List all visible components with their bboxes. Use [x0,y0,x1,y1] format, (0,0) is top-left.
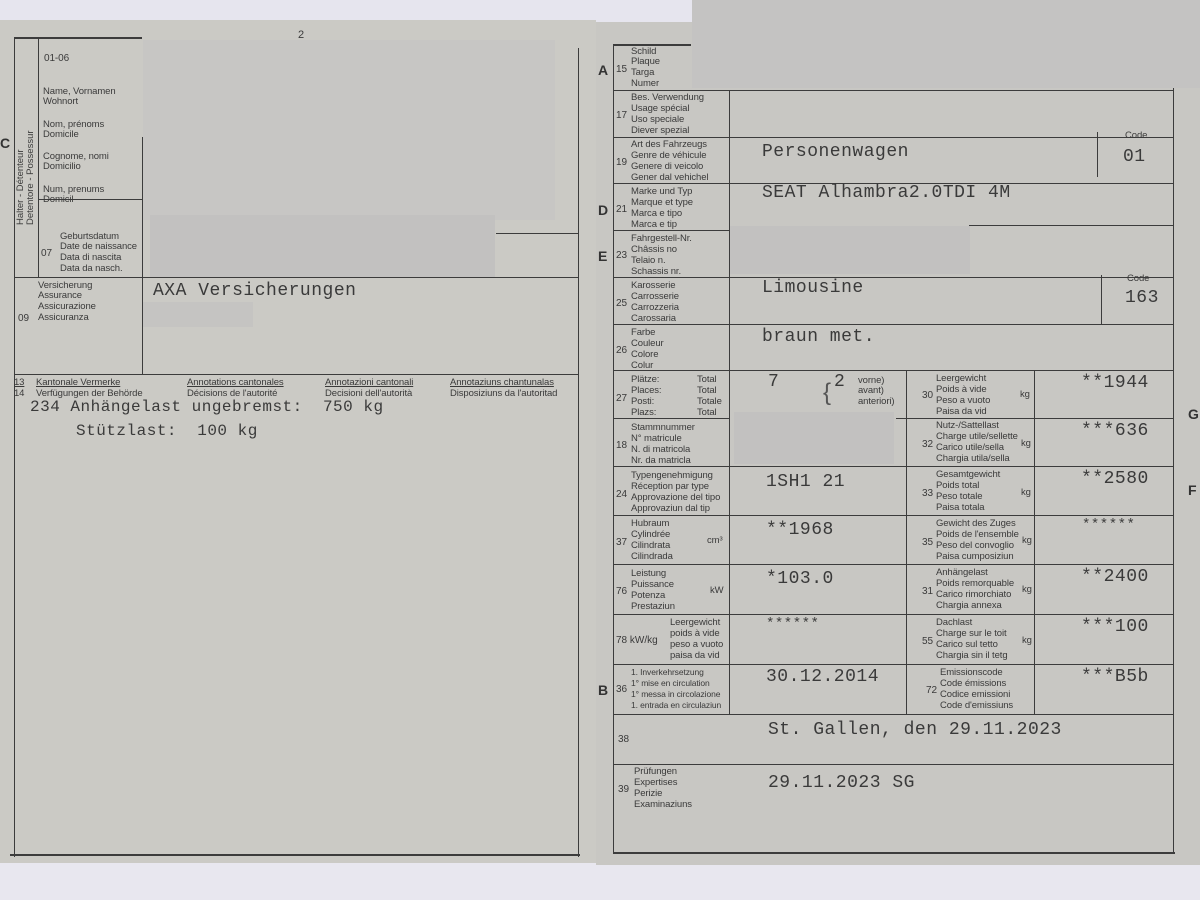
field-label: Dachlast [936,618,972,629]
field-label: Chargia utila/sella [936,454,1010,465]
vehicle-type-code: 01 [1123,147,1146,167]
gross-weight-value: **2580 [1081,469,1149,489]
field-label: Wohnort [43,97,78,108]
field-label: Fahrgestell-Nr. [631,234,692,245]
frame-line [613,370,1173,371]
field-label: Farbe [631,328,655,339]
field-label: Targa [631,68,654,79]
power-weight-value: ****** [766,616,819,632]
frame-line [578,48,579,857]
body-type-code: 163 [1125,288,1159,308]
field-33-number: 33 [922,488,933,499]
field-label: Paisa totala [936,503,984,514]
field-label: Gesamtgewicht [936,470,1000,481]
section-letter-c: C [0,135,10,151]
field-label: Carossaria [631,314,676,325]
field-label: Cilindrata [631,541,670,552]
field-label: Perizie [634,789,662,800]
field-21-number: 21 [616,204,627,215]
field-label: Peso del convoglio [936,541,1014,552]
frame-line [613,664,1173,665]
right-page: A 15 Schild Plaque Targa Numer 17 Bes. V… [596,22,1200,865]
field-label: Typengenehmigung [631,471,713,482]
field-label: Marke und Typ [631,187,692,198]
section-letter-a: A [598,62,608,78]
field-label: Schassis nr. [631,267,681,278]
annotation-line: Stützlast: 100 kg [76,422,258,440]
field-37-number: 37 [616,537,627,548]
first-registration-value: 30.12.2014 [766,667,879,687]
field-label: N. di matricola [631,445,690,456]
unit-label: kg [1022,585,1032,596]
field-label: 1. Inverkehrsetzung [631,667,704,678]
payload-value: ***636 [1081,421,1149,441]
frame-line [14,374,578,375]
field-35-number: 35 [922,537,933,548]
field-label: Poids remorquable [936,579,1014,590]
field-label: paisa da vid [670,651,720,662]
frame-line [613,852,1175,854]
field-label: Colore [631,350,658,361]
frame-line [613,764,1173,765]
field-14-number: 14 [14,389,24,400]
field-15-number: 15 [616,64,627,75]
code-label: Code [1127,274,1149,285]
field-label: Code émissions [940,679,1006,690]
field-label: N° matricule [631,434,682,445]
field-label: Charge utile/sellette [936,432,1018,443]
field-label: Chargia sin il tetg [936,651,1008,662]
frame-line [896,418,1173,419]
field-label: Plaque [631,57,660,68]
field-label: Carrozzeria [631,303,679,314]
annotation-line: 234 Anhängelast ungebremst: 750 kg [30,398,384,416]
field-label: Expertises [634,778,677,789]
displacement-value: **1968 [766,520,834,540]
field-label: Carico rimorchiato [936,590,1011,601]
field-label: Prestaziun [631,602,675,613]
field-19-number: 19 [616,157,627,168]
unit-label: kg [1020,390,1030,401]
field-13-header: Kantonale Vermerke [36,378,120,389]
issue-place-date-value: St. Gallen, den 29.11.2023 [768,720,1062,740]
field-label: Domicil [43,195,73,206]
field-label: Poids à vide [936,385,987,396]
field-label-total: Total [697,408,717,419]
field-32-number: 32 [922,439,933,450]
frame-line [613,515,1173,516]
field-label: Paisa cumposiziun [936,552,1014,563]
redacted-chassis-number [730,226,970,274]
make-model-value: SEAT Alhambra2.0TDI 4M [762,183,1011,203]
field-label: Plätze: [631,375,659,386]
field-label: Data da nasch. [60,264,123,275]
field-31-number: 31 [922,586,933,597]
side-letter-f: F [1188,482,1197,498]
field-label: Marque et type [631,198,693,209]
field-label: peso a vuoto [670,640,723,651]
field-label: Examinaziuns [634,800,692,811]
frame-line [1097,132,1098,177]
field-18-number: 18 [616,440,627,451]
emission-code-value: ***B5b [1081,667,1149,687]
section-letter-e: E [598,248,607,264]
empty-weight-value: **1944 [1081,373,1149,393]
field-label: Karosserie [631,281,675,292]
power-value: *103.0 [766,569,834,589]
field-label: Assicuranza [38,313,89,324]
frame-line [969,225,1173,226]
field-label: Poids de l'ensemble [936,530,1019,541]
frame-line [613,466,1173,467]
field-label: Potenza [631,591,665,602]
seats-total-value: 7 [768,372,779,392]
field-label: Genre de véhicule [631,151,706,162]
field-label: Peso a vuoto [936,396,990,407]
unit-label: cm³ [707,536,723,547]
frame-line [38,37,39,277]
field-label: Poids total [936,481,979,492]
unit-label: kg [1021,488,1031,499]
field-label: Cilindrada [631,552,673,563]
field-23-number: 23 [616,250,627,261]
field-label: Chargia annexa [936,601,1002,612]
type-approval-value: 1SH1 21 [766,472,845,492]
field-label: Art des Fahrzeugs [631,140,707,151]
brace: { [823,373,831,413]
frame-line [1101,275,1102,325]
unit-label: kg [1022,536,1032,547]
field-label: Code d'emissiuns [940,701,1013,712]
field-39-number: 39 [618,784,629,795]
frame-line [14,37,142,39]
field-label: Codice emissioni [940,690,1010,701]
field-label: Date de naissance [60,242,137,253]
left-page: 2 C Halter - Détenteur Detentore - Posse… [0,20,596,863]
code-label: Code [1125,131,1147,142]
field-label: Assurance [38,291,82,302]
field-label: Posti: [631,397,654,408]
field-label: Châssis no [631,245,677,256]
field-label: Plazs: [631,408,656,419]
field-label: Peso totale [936,492,982,503]
field-label: Leergewicht [936,374,986,385]
front-label: avant) [858,386,884,397]
vehicle-type-value: Personenwagen [762,142,909,162]
unit-label: kg [1022,636,1032,647]
field-label: Cylindrée [631,530,670,541]
field-label: Bes. Verwendung [631,93,704,104]
color-value: braun met. [762,327,875,347]
field-label: Uso speciale [631,115,684,126]
field-label: Numer [631,79,659,90]
field-label-total: Totale [697,397,722,408]
field-09-number: 09 [18,313,29,324]
field-label: Prüfungen [634,767,677,778]
field-label: Paisa da vid [936,407,987,418]
combination-weight-value: ****** [1082,517,1135,533]
field-label: Anhängelast [936,568,988,579]
inspection-value: 29.11.2023 SG [768,773,915,793]
field-label: Data di nascita [60,253,121,264]
frame-line [496,233,578,234]
section-letter-b: B [598,682,608,698]
field-38-number: 38 [618,734,629,745]
frame-line [1173,82,1174,854]
field-label: Domicilio [43,162,81,173]
field-label-total: Total [697,375,717,386]
field-24-number: 24 [616,489,627,500]
field-label-total: Total [697,386,717,397]
field-label: 1° mise en circulation [631,678,710,689]
field-label: Diever spezial [631,126,689,137]
field-label: Emissionscode [940,668,1003,679]
field-label: Gener dal vehichel [631,173,708,184]
field-label: Leistung [631,569,666,580]
field-26-number: 26 [616,345,627,356]
field-13-header: Annotazioni cantonali [325,378,413,389]
frame-line [613,277,1173,278]
field-07-number: 07 [41,248,52,259]
front-label: anteriori) [858,397,895,408]
trailer-load-value: **2400 [1081,567,1149,587]
field-25-number: 25 [616,298,627,309]
field-label: Hubraum [631,519,669,530]
field-label: Réception par type [631,482,709,493]
field-label: Usage spécial [631,104,689,115]
field-27-number: 27 [616,393,627,404]
field-14-header: Disposiziuns da l'autoritad [450,389,557,400]
frame-line [613,564,1173,565]
section-letter-d: D [598,202,608,218]
field-13-number: 13 [14,378,24,389]
field-55-number: 55 [922,636,933,647]
frame-line [613,324,1173,325]
field-label: Puissance [631,580,674,591]
field-label: Couleur [631,339,664,350]
background-bottom [0,860,1200,900]
field-label: Marca e tip [631,220,677,231]
field-13-header: Annotations cantonales [187,378,284,389]
unit-label: kW [710,586,724,597]
side-letter-g: G [1188,406,1199,422]
field-label: poids à vide [670,629,720,640]
field-label: 1° messa in circolazione [631,689,720,700]
field-36-number: 36 [616,684,627,695]
field-30-number: 30 [922,390,933,401]
field-label: Carico sul tetto [936,640,998,651]
field-13-header: Annotaziuns chantunalas [450,378,554,389]
frame-line [10,854,580,856]
field-72-number: 72 [926,685,937,696]
field-label: Domicile [43,130,79,141]
redacted-insurance-detail [143,302,253,327]
field-17-number: 17 [616,110,627,121]
field-label: 1. entrada en circulaziun [631,700,721,711]
unit-label: kg [1021,439,1031,450]
redacted-plate [692,0,1200,88]
field-label: Colur [631,361,653,372]
field-label: Gewicht des Zuges [936,519,1016,530]
field-label: Stammnummer [631,423,695,434]
seats-front-value: 2 [834,372,845,392]
redacted-birthdate [150,215,495,277]
frame-line [613,90,1173,91]
field-label: Places: [631,386,661,397]
frame-line [613,44,614,854]
frame-line [613,614,1173,615]
field-label: Carrosserie [631,292,679,303]
field-label: Leergewicht [670,618,720,629]
field-label: Carico utile/sella [936,443,1004,454]
roof-load-value: ***100 [1081,617,1149,637]
field-78-number: 78 kW/kg [616,635,658,646]
field-01-06-number: 01-06 [44,54,69,65]
field-label: Telaio n. [631,256,665,267]
field-label: Nutz-/Sattellast [936,421,999,432]
field-label: Approvazione del tipo [631,493,720,504]
frame-line [613,137,1173,138]
frame-line [14,277,578,278]
field-label: Approvaziun dal tip [631,504,710,515]
holder-vertical-label: Detentore - Possessur [26,130,36,225]
field-label: Marca e tipo [631,209,682,220]
field-label: Genere di veicolo [631,162,703,173]
field-label: Charge sur le toit [936,629,1007,640]
field-label: Nr. da matricla [631,456,691,467]
body-type-value: Limousine [762,278,864,298]
field-76-number: 76 [616,586,627,597]
frame-line [613,714,1173,715]
redacted-holder-name [143,40,555,220]
insurance-value: AXA Versicherungen [153,281,356,301]
field-label: Assicurazione [38,302,96,313]
redacted-matricule [734,412,894,464]
